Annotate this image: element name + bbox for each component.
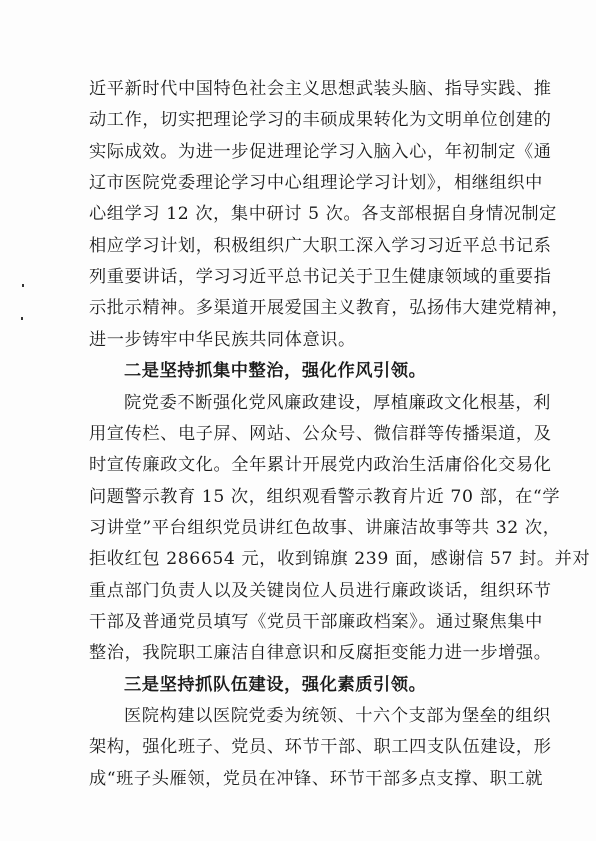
document-page: 近平新时代中国特色社会主义思想武装头脑、指导实践、推动工作，切实把理论学习的丰硕… <box>0 0 596 841</box>
paragraph-line: 列重要讲话，学习习近平总书记关于卫生健康领域的重要指 <box>89 265 505 289</box>
paragraph-line: 实际成效。为进一步促进理论学习入脑入心，年初制定《通 <box>89 140 505 164</box>
paragraph-line: 动工作，切实把理论学习的丰硕成果转化为文明单位创建的 <box>89 108 505 132</box>
paragraph-line: 院党委不断强化党风廉政建设，厚植廉政文化根基，利 <box>124 391 505 415</box>
paragraph-line: 用宣传栏、电子屏、网站、公众号、微信群等传播渠道，及 <box>89 422 505 446</box>
paragraph-line: 拒收红包 286654 元，收到锦旗 239 面，感谢信 57 封。并对 <box>89 547 505 571</box>
scan-mark <box>22 284 24 287</box>
paragraph-line: 示批示精神。多渠道开展爱国主义教育，弘扬伟大建党精神， <box>89 296 505 320</box>
paragraph-line: 习讲堂”平台组织党员讲红色故事、讲廉洁故事等共 32 次， <box>89 516 505 540</box>
paragraph-line: 成“班子头雁领，党员在冲锋、环节干部多点支撑、职工就 <box>89 767 505 791</box>
paragraph-line: 相应学习计划，积极组织广大职工深入学习习近平总书记系 <box>89 234 505 258</box>
section-heading: 二是坚持抓集中整治，强化作风引领。 <box>124 359 426 383</box>
paragraph-line: 架构，强化班子、党员、环节干部、职工四支队伍建设，形 <box>89 735 505 759</box>
paragraph-line: 重点部门负责人以及关键岗位人员进行廉政谈话，组织环节 <box>89 579 505 603</box>
paragraph-line: 医院构建以医院党委为统领、十六个支部为堡垒的组织 <box>124 704 505 728</box>
scan-mark <box>21 317 23 320</box>
paragraph-line: 心组学习 12 次，集中研讨 5 次。各支部根据自身情况制定 <box>89 202 505 226</box>
paragraph-line: 问题警示教育 15 次，组织观看警示教育片近 70 部，在“学 <box>89 485 505 509</box>
paragraph-line: 干部及普通党员填写《党员干部廉政档案》。通过聚焦集中 <box>89 610 505 634</box>
paragraph-line: 进一步铸牢中华民族共同体意识。 <box>89 328 356 352</box>
paragraph-line: 整治，我院职工廉洁自律意识和反腐拒变能力进一步增强。 <box>89 641 551 665</box>
paragraph-line: 时宣传廉政文化。全年累计开展党内政治生活庸俗化交易化 <box>89 453 505 477</box>
section-heading: 三是坚持抓队伍建设，强化素质引领。 <box>124 673 426 697</box>
paragraph-line: 近平新时代中国特色社会主义思想武装头脑、指导实践、推 <box>89 77 505 101</box>
paragraph-line: 辽市医院党委理论学习中心组理论学习计划》，相继组织中 <box>89 171 505 195</box>
